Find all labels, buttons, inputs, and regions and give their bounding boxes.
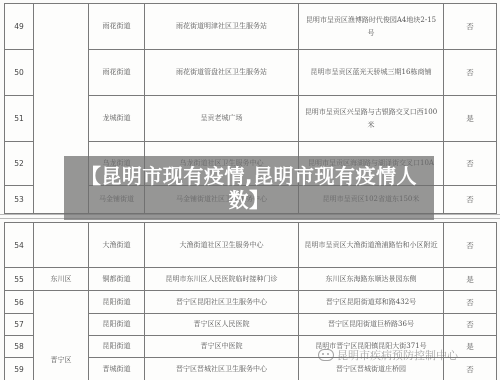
row-number: 50: [5, 50, 34, 96]
wechat-icon: [318, 349, 334, 361]
district-cell: 东川区: [34, 268, 89, 291]
address-cell: 晋宁区昆阳街道巨桥路36号: [299, 314, 444, 336]
address-cell: 昆明市呈贡区大渔街道渔浦路怡和小区附近: [299, 223, 444, 268]
address-cell: 东川区东海路东顺达景园东侧: [299, 268, 444, 291]
flag-cell: 否: [444, 186, 497, 214]
street-cell: 昆阳街道: [89, 336, 145, 358]
district-cell: 晋宁区: [34, 291, 89, 380]
row-number: 54: [5, 223, 34, 268]
row-number: 59: [5, 358, 34, 380]
street-cell: 晋城街道: [89, 358, 145, 380]
street-cell: 雨花街道: [89, 50, 145, 96]
title-overlay-banner: 【昆明市现有疫情,昆明市现有疫情人数】: [64, 156, 434, 220]
site-name-cell: 晋宁区昆阳社区卫生服务中心: [145, 291, 299, 314]
row-number: 56: [5, 291, 34, 314]
street-cell: 昆阳街道: [89, 314, 145, 336]
address-cell: 晋宁区昆阳街道郑和路432号: [299, 291, 444, 314]
flag-cell: 否: [444, 50, 497, 96]
flag-cell: 否: [444, 223, 497, 268]
address-cell: 昆明市呈贡区兴呈路与古银路交叉口西100米: [299, 96, 444, 142]
watermark-text: 昆明市疾病预防控制中心: [337, 347, 458, 363]
street-cell: 龙城街道: [89, 96, 145, 142]
table-row: 49 雨花街道 雨花街道明津社区卫生服务站 昆明市呈贡区渔博路时代俊园A4地块2…: [5, 4, 497, 50]
flag-cell: 是: [444, 96, 497, 142]
table-row: 55 东川区 铜都街道 昆明市东川区人民医院临时接种门诊 东川区东海路东顺达景园…: [5, 268, 497, 291]
row-number: 58: [5, 336, 34, 358]
flag-cell: 是: [444, 268, 497, 291]
row-number: 52: [5, 142, 34, 186]
site-name-cell: 雨花街道管盘社区卫生服务站: [145, 50, 299, 96]
site-name-cell: 雨花街道明津社区卫生服务站: [145, 4, 299, 50]
site-name-cell: 晋宁区晋城社区卫生服务中心: [145, 358, 299, 380]
district-cell: [34, 223, 89, 268]
street-cell: 大渔街道: [89, 223, 145, 268]
street-cell: 昆阳街道: [89, 291, 145, 314]
address-cell: 昆明市呈贡区蓝光天骄城三期16栋商铺: [299, 50, 444, 96]
table-row: 56 晋宁区 昆阳街道 晋宁区昆阳社区卫生服务中心 晋宁区昆阳街道郑和路432号…: [5, 291, 497, 314]
flag-cell: 否: [444, 291, 497, 314]
address-cell: 昆明市呈贡区渔博路时代俊园A4地块2-15号: [299, 4, 444, 50]
site-name-cell: 呈贡老城广场: [145, 96, 299, 142]
table-row: 54 大渔街道 大渔街道社区卫生服务中心 昆明市呈贡区大渔街道渔浦路怡和小区附近…: [5, 223, 497, 268]
row-number: 53: [5, 186, 34, 214]
flag-cell: 否: [444, 142, 497, 186]
site-name-cell: 晋宁区区人民医院: [145, 314, 299, 336]
site-name-cell: 晋宁区中医院: [145, 336, 299, 358]
street-cell: 雨花街道: [89, 4, 145, 50]
document-page: 49 雨花街道 雨花街道明津社区卫生服务站 昆明市呈贡区渔博路时代俊园A4地块2…: [0, 0, 500, 380]
flag-cell: 否: [444, 4, 497, 50]
site-name-cell: 昆明市东川区人民医院临时接种门诊: [145, 268, 299, 291]
row-number: 57: [5, 314, 34, 336]
street-cell: 铜都街道: [89, 268, 145, 291]
overlay-title: 【昆明市现有疫情,昆明市现有疫情人数】: [69, 164, 429, 212]
row-number: 51: [5, 96, 34, 142]
flag-cell: 否: [444, 314, 497, 336]
row-number: 49: [5, 4, 34, 50]
site-name-cell: 大渔街道社区卫生服务中心: [145, 223, 299, 268]
watermark: 昆明市疾病预防控制中心: [318, 347, 458, 363]
row-number: 55: [5, 268, 34, 291]
